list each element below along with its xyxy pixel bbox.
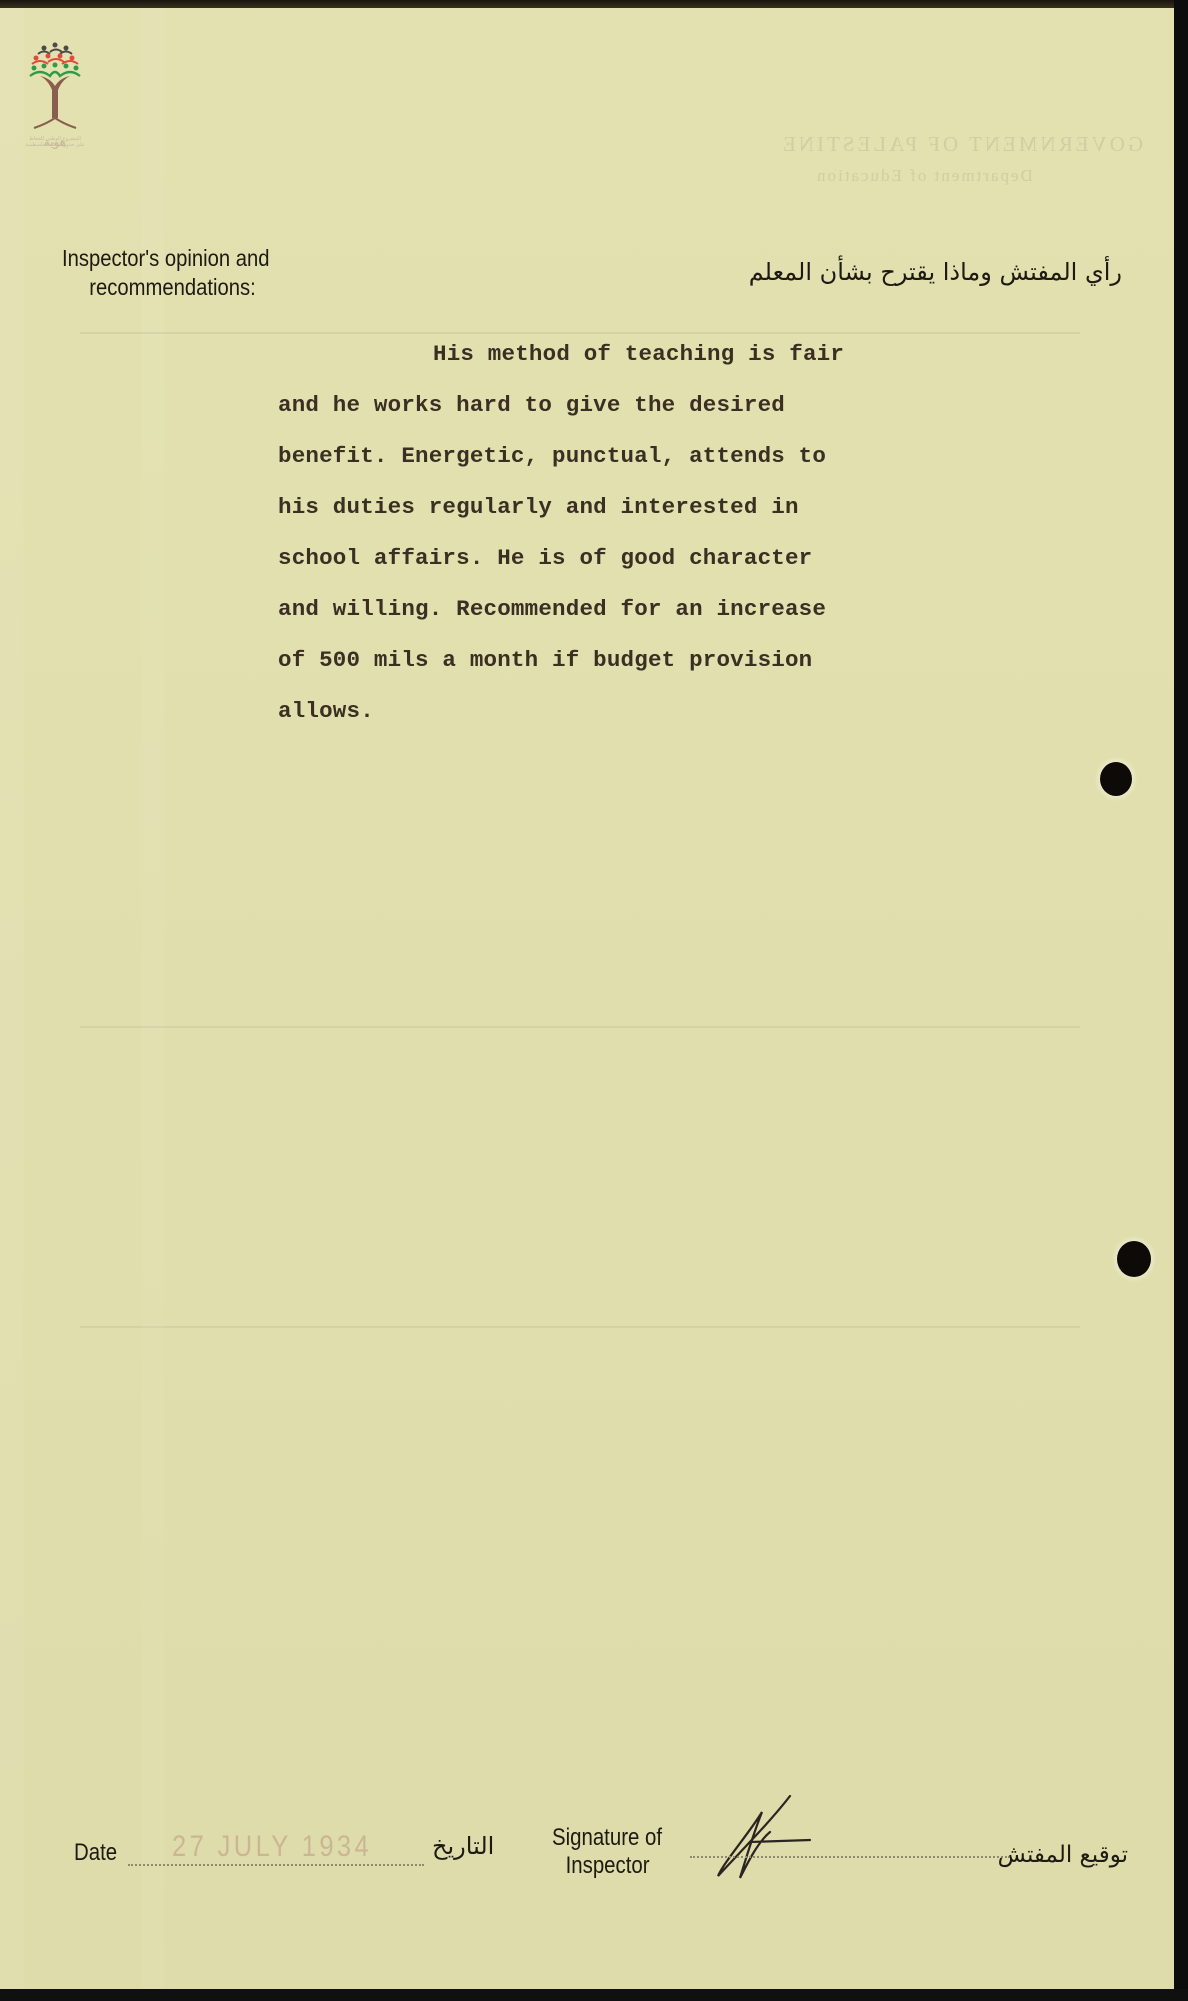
logo-caption: المشروع الوطني للحفاظ على جذور العائلة ا… xyxy=(24,136,86,148)
inspector-opinion-label-ar: رأي المفتش وماذا يقترح بشأن المعلم xyxy=(749,258,1122,286)
opinion-line: His method of teaching is fair xyxy=(278,336,918,387)
punch-hole xyxy=(1100,762,1132,796)
punch-hole xyxy=(1117,1241,1151,1277)
opinion-line: his duties regularly and interested in xyxy=(278,489,918,540)
signature-label: Signature of Inspector xyxy=(552,1824,662,1880)
label-line-1: Inspector's opinion and xyxy=(62,244,270,273)
inspector-signature xyxy=(710,1792,820,1882)
signature-line xyxy=(690,1856,1010,1858)
opinion-line: benefit. Energetic, punctual, attends to xyxy=(278,438,918,489)
ghost-rule xyxy=(80,332,1080,334)
ghost-rule xyxy=(80,1326,1080,1328)
opinion-line: school affairs. He is of good character xyxy=(278,540,918,591)
signature-label-ar: توقيع المفتش xyxy=(998,1842,1128,1868)
ghost-rule xyxy=(80,1026,1080,1028)
label-line-2: recommendations: xyxy=(62,273,270,302)
signature-label-line-1: Signature of xyxy=(552,1824,662,1852)
inspector-opinion-label: Inspector's opinion and recommendations: xyxy=(62,244,270,302)
document-page: هوية المشروع الوطني للحفاظ على جذور العا… xyxy=(0,6,1174,1990)
opinion-line: of 500 mils a month if budget provision xyxy=(278,642,918,693)
opinion-line: and willing. Recommended for an increase xyxy=(278,591,918,642)
date-line xyxy=(128,1864,424,1866)
date-label-ar: التاريخ xyxy=(432,1832,494,1860)
inspector-opinion-text: His method of teaching is fair and he wo… xyxy=(278,336,918,744)
scan-bottom-edge xyxy=(0,1989,1188,2001)
date-label: Date xyxy=(74,1839,117,1867)
scan-top-edge xyxy=(0,0,1188,8)
ghost-header-line1: GOVERNMENT OF PALESTINE xyxy=(780,132,1143,157)
date-stamp: 27 JULY 1934 xyxy=(172,1830,372,1864)
signature-label-line-2: Inspector xyxy=(552,1852,662,1880)
opinion-line: and he works hard to give the desired xyxy=(278,387,918,438)
scan-right-edge xyxy=(1174,0,1188,2001)
ghost-header-line2: Department of Education xyxy=(815,166,1033,186)
opinion-line: allows. xyxy=(278,693,918,744)
